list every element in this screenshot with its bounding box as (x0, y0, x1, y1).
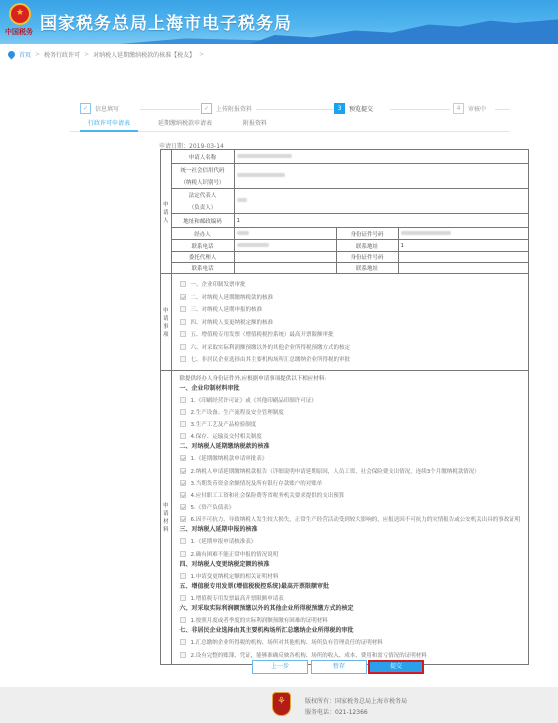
legal-rep-value (234, 189, 529, 214)
tax-bureau-logo-icon: ⚘ (272, 692, 291, 716)
material-item[interactable]: 3.生产工艺及产品检验制度 (180, 418, 521, 430)
material-group-title: 六、对采取实际利润额预缴以外的其他企业所得税预缴方式的核定 (180, 604, 521, 614)
save-draft-button[interactable]: 暂存 (311, 660, 367, 674)
handler-id-value (398, 228, 529, 240)
material-item[interactable]: 1.《延期缴纳税款申请审批表》 (180, 452, 521, 464)
checkbox-label: 5.《资产负债表》 (191, 503, 235, 511)
matters-section-label: 申请事项 (161, 274, 172, 371)
form-tabs: 行政许可申请表 延期缴纳税款申请表 附报资料 (70, 120, 510, 132)
header-mountain-decoration (250, 14, 558, 44)
checkbox-icon[interactable] (180, 639, 186, 645)
progress-steps: ✓信息填写 ✓上传附报资料 3预览提交 4审核中 (70, 103, 510, 115)
agent-id-value (398, 252, 529, 263)
breadcrumb: 首页 > 税务行政许可 > 对纳税人延期缴纳税款的核准【税友】 > (8, 48, 204, 60)
checkbox-icon[interactable] (180, 356, 186, 362)
checkbox-icon[interactable] (180, 397, 186, 403)
material-item[interactable]: 2.确有困难不能正常申报的情况说明 (180, 548, 521, 560)
checkbox-label: 6.因不可抗力，导致纳税人发生较大损失，正常生产经营活动受到较大影响的，应报送因… (191, 515, 521, 523)
handler-value (234, 228, 336, 240)
tax-emblem-logo: ★ 中国税务 (5, 3, 35, 39)
site-title: 国家税务总局上海市电子税务局 (40, 9, 292, 34)
checkbox-label: 1.汇总缴纳企业所得税的机构、场所对其他机构、场所负有管理责任的证明材料 (191, 638, 383, 646)
checkbox-icon[interactable] (180, 344, 186, 350)
step-upload: ✓上传附报资料 (201, 103, 256, 114)
checkbox-label: 2.设有完整的账簿、凭证，能够准确反映各机构、场所的收入、成本、费用和盈亏情况的… (191, 651, 427, 659)
checkbox-label: 1.《延期缴纳税款申请审批表》 (191, 454, 268, 462)
action-bar: 上一步 暂存 提交 (0, 660, 558, 674)
checkbox-icon[interactable] (180, 331, 186, 337)
application-form-table: 申请人 申请人名称 统一社会信用代码（纳税人识别号） 法定代表人（负责人） 地址… (160, 149, 529, 665)
checkbox-label: 1.申请变更纳税定额的相关证明材料 (191, 572, 279, 580)
handler-phone-value (234, 240, 336, 252)
checkbox-checked-icon[interactable] (180, 492, 186, 498)
footer-copyright: 版权所有：国家税务总局上海市税务局 (305, 696, 407, 705)
materials-list: 除提供经办人身份证件外,应根据申请事项提供以下相应材料: 一、企业印制材料审批1… (171, 370, 529, 664)
footer-hotline: 服务电话：021-12366 (305, 707, 368, 716)
matter-item[interactable]: 二、对纳税人延期缴纳税款的核准 (180, 291, 521, 304)
checkbox-label: 2.确有困难不能正常申报的情况说明 (191, 550, 279, 558)
breadcrumb-current: 对纳税人延期缴纳税款的核准【税友】 (93, 50, 195, 59)
checkbox-icon[interactable] (180, 573, 186, 579)
check-icon: ✓ (80, 103, 91, 114)
material-item[interactable]: 4.保存、运输及交付相关制度 (180, 430, 521, 442)
step-fill-info: ✓信息填写 (80, 103, 123, 114)
checkbox-checked-icon[interactable] (180, 504, 186, 510)
material-item[interactable]: 1.申请变更纳税定额的相关证明材料 (180, 570, 521, 582)
checkbox-label: 一、企业印制发票审批 (191, 280, 246, 288)
credit-code-value (234, 164, 529, 189)
material-item[interactable]: 2.设有完整的账簿、凭证，能够准确反映各机构、场所的收入、成本、费用和盈亏情况的… (180, 649, 521, 661)
checkbox-label: 4.应付职工工资和社会保险费等省税务机关要求提供的支出预算 (191, 491, 345, 499)
checkbox-checked-icon[interactable] (180, 468, 186, 474)
breadcrumb-home[interactable]: 首页 (19, 50, 31, 59)
checkbox-label: 1.按照月度或者季度的实际利润额预缴有困难的证明材料 (191, 616, 328, 624)
checkbox-label: 五、增值税专用发票（增值税税控系统）最高开票限额审批 (191, 330, 334, 338)
checkbox-label: 3.生产工艺及产品检验制度 (191, 420, 257, 428)
matter-item[interactable]: 一、企业印制发票审批 (180, 278, 521, 291)
applicant-name-value (234, 150, 529, 164)
checkbox-icon[interactable] (180, 617, 186, 623)
material-item[interactable]: 1.《延期申报申请核准表》 (180, 535, 521, 547)
material-group-title: 五、增值税专用发票(增值税税控系统)最高开票限额审批 (180, 582, 521, 592)
checkbox-label: 3.当期货币资金余额情况及所有银行存款账户的对账单 (191, 479, 323, 487)
step-preview-submit: 3预览提交 (334, 103, 377, 114)
checkbox-icon[interactable] (180, 409, 186, 415)
matter-item[interactable]: 五、增值税专用发票（增值税税控系统）最高开票限额审批 (180, 328, 521, 341)
checkbox-label: 2.生产设备、生产流程及安全管理制度 (191, 408, 284, 416)
material-group-title: 四、对纳税人变更纳税定额的核准 (180, 560, 521, 570)
site-header: ★ 中国税务 国家税务总局上海市电子税务局 (0, 0, 558, 44)
check-icon: ✓ (201, 103, 212, 114)
checkbox-label: 1.《延期申报申请核准表》 (191, 537, 257, 545)
agent-address-value (398, 263, 529, 274)
material-item[interactable]: 3.当期货币资金余额情况及所有银行存款账户的对账单 (180, 477, 521, 489)
matters-list: 一、企业印制发票审批二、对纳税人延期缴纳税款的核准三、对纳税人延期申报的核准四、… (171, 274, 529, 371)
checkbox-label: 四、对纳税人变更纳税定额的核准 (191, 318, 274, 326)
material-group-title: 二、对纳税人延期缴纳税款的核准 (180, 442, 521, 452)
tab-admin-permit-form[interactable]: 行政许可申请表 (80, 120, 138, 132)
checkbox-icon[interactable] (180, 319, 186, 325)
checkbox-icon[interactable] (180, 421, 186, 427)
material-group-title: 三、对纳税人延期申报的核准 (180, 525, 521, 535)
checkbox-icon[interactable] (180, 595, 186, 601)
checkbox-checked-icon[interactable] (180, 294, 186, 300)
checkbox-icon[interactable] (180, 433, 186, 439)
breadcrumb-item[interactable]: 税务行政许可 (44, 50, 80, 59)
material-item[interactable]: 2.生产设备、生产流程及安全管理制度 (180, 406, 521, 418)
checkbox-label: 1.增值税专用发票最高开票限额申请表 (191, 594, 284, 602)
prev-step-button[interactable]: 上一步 (252, 660, 308, 674)
contact-address-value: 1 (398, 240, 529, 252)
site-footer: ⚘ 版权所有：国家税务总局上海市税务局 服务电话：021-12366 (0, 687, 558, 723)
checkbox-icon[interactable] (180, 281, 186, 287)
material-group-title: 七、非居民企业选择由其主要机构场所汇总缴纳企业所得税的审批 (180, 626, 521, 636)
checkbox-icon[interactable] (180, 538, 186, 544)
checkbox-label: 六、对采取实际利润额预缴以外的其他企业所得税预缴方式的核定 (191, 343, 351, 351)
matter-item[interactable]: 三、对纳税人延期申报的核准 (180, 303, 521, 316)
materials-section-label: 申请材料 (161, 370, 172, 664)
checkbox-label: 三、对纳税人延期申报的核准 (191, 305, 263, 313)
location-pin-icon (7, 49, 17, 59)
material-item[interactable]: 6.因不可抗力，导致纳税人发生较大损失，正常生产经营活动受到较大影响的，应报送因… (180, 513, 521, 525)
checkbox-checked-icon[interactable] (180, 516, 186, 522)
checkbox-label: 2.纳税人申请延期缴纳税款报告（详细说明申请延期原因，人员工资、社会保险费支出情… (191, 467, 480, 475)
submit-button[interactable]: 提交 (368, 660, 424, 674)
checkbox-label: 4.保存、运输及交付相关制度 (191, 432, 262, 440)
material-item[interactable]: 4.应付职工工资和社会保险费等省税务机关要求提供的支出预算 (180, 489, 521, 501)
material-item[interactable]: 1.汇总缴纳企业所得税的机构、场所对其他机构、场所负有管理责任的证明材料 (180, 636, 521, 648)
materials-intro: 除提供经办人身份证件外,应根据申请事项提供以下相应材料: (180, 374, 521, 384)
address-value: 1 (234, 214, 529, 228)
agent-phone-value (234, 263, 336, 274)
material-item[interactable]: 1.增值税专用发票最高开票限额申请表 (180, 592, 521, 604)
agent-value (234, 252, 336, 263)
material-item[interactable]: 1.按照月度或者季度的实际利润额预缴有困难的证明材料 (180, 614, 521, 626)
checkbox-checked-icon[interactable] (180, 455, 186, 461)
material-item[interactable]: 5.《资产负债表》 (180, 501, 521, 513)
applicant-section-label: 申请人 (161, 150, 172, 274)
checkbox-label: 二、对纳税人延期缴纳税款的核准 (191, 293, 274, 301)
step-review: 4审核中 (453, 103, 490, 114)
checkbox-label: 七、非居民企业选择由其主要机构场所汇总缴纳企业所得税的审批 (191, 355, 351, 363)
material-item[interactable]: 2.纳税人申请延期缴纳税款报告（详细说明申请延期原因，人员工资、社会保险费支出情… (180, 464, 521, 476)
matter-item[interactable]: 四、对纳税人变更纳税定额的核准 (180, 316, 521, 329)
tab-deferred-payment-form[interactable]: 延期缴纳税款申请表 (150, 120, 220, 132)
material-item[interactable]: 1.《印刷经营许可证》或《其他印刷品印制许可证》 (180, 394, 521, 406)
checkbox-checked-icon[interactable] (180, 480, 186, 486)
tab-attachments[interactable]: 附报资料 (235, 120, 275, 132)
matter-item[interactable]: 七、非居民企业选择由其主要机构场所汇总缴纳企业所得税的审批 (180, 353, 521, 366)
matter-item[interactable]: 六、对采取实际利润额预缴以外的其他企业所得税预缴方式的核定 (180, 341, 521, 354)
checkbox-icon[interactable] (180, 652, 186, 658)
checkbox-label: 1.《印刷经营许可证》或《其他印刷品印制许可证》 (191, 396, 317, 404)
checkbox-icon[interactable] (180, 306, 186, 312)
material-group-title: 一、企业印制材料审批 (180, 384, 521, 394)
checkbox-icon[interactable] (180, 551, 186, 557)
